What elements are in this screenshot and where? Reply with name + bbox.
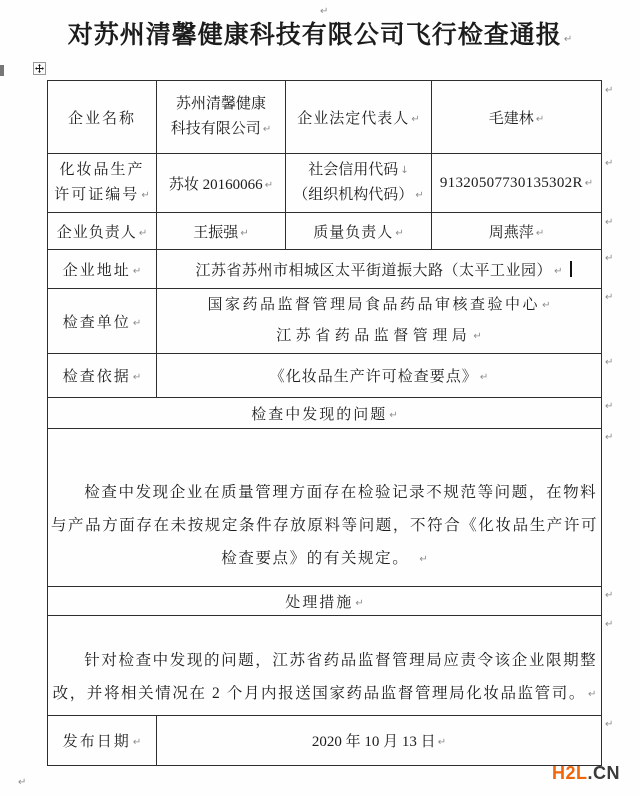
paragraph-mark: ↵: [395, 228, 403, 239]
paragraph-mark: ↵: [133, 372, 141, 383]
paragraph-mark: ↵: [355, 598, 363, 609]
paragraph-mark: ↵: [605, 158, 613, 169]
paragraph-mark: ↵: [18, 777, 26, 788]
quality-principal-label[interactable]: 质量负责人↵: [286, 213, 432, 250]
header-text: 检查中发现的问题: [251, 407, 387, 423]
value-text: 周燕萍: [489, 225, 534, 241]
credit-code-value[interactable]: 91320507730135302R↵: [432, 154, 602, 213]
inspection-basis-label[interactable]: 检查依据↵: [48, 354, 157, 398]
paragraph-mark: ↵: [605, 619, 613, 630]
paragraph-mark: ↵: [605, 85, 613, 96]
paragraph-text: 检查要点》的有关规定。: [221, 550, 409, 567]
table-row: 企业地址↵ 江苏省苏州市相城区太平街道振大路（太平工业园）↵: [48, 250, 602, 289]
problems-found-paragraph[interactable]: 检查中发现企业在质量管理方面存在检验记录不规范等问题，在物料 与产品方面存在未按…: [48, 429, 602, 587]
move-arrows-icon: [35, 64, 44, 73]
paragraph-mark: ↵: [133, 318, 141, 329]
paragraph-text: 改，并将相关情况在 2 个月内报送国家药品监督管理局化妆品监管司。: [53, 685, 586, 702]
paragraph-mark: ↵: [605, 401, 613, 412]
paragraph-mark: ↵: [480, 372, 488, 383]
document-title-text: 对苏州清馨健康科技有限公司飞行检查通报: [68, 22, 562, 49]
paragraph-text: 针对检查中发现的问题，江苏省药品监督管理局应责令该企业限期整: [84, 652, 597, 669]
paragraph-mark: ↵: [536, 228, 544, 239]
paragraph-mark: ↵: [389, 410, 397, 421]
label-text: 社会信用代码: [308, 162, 398, 178]
paragraph-mark: ↵: [438, 737, 446, 748]
paragraph-mark: ↵: [133, 737, 141, 748]
paragraph-mark: ↵: [605, 719, 613, 730]
value-text: 国家药品监督管理局食品药品审核查验中心: [208, 297, 541, 313]
inspection-notice-table: 企业名称 苏州清馨健康 科技有限公司↵ 企业法定代表人↵ 毛建林↵ 化妆品生产 …: [47, 80, 602, 766]
value-text: 苏州清馨健康: [176, 96, 266, 112]
paragraph-mark: ↵: [605, 292, 613, 303]
company-principal-value[interactable]: 王振强↵: [157, 213, 286, 250]
label-text: 检查依据: [63, 369, 131, 385]
paragraph-mark: ↵: [240, 228, 248, 239]
inspection-unit-label[interactable]: 检查单位↵: [48, 289, 157, 354]
table-move-handle[interactable]: [33, 62, 46, 75]
company-address-label[interactable]: 企业地址↵: [48, 250, 157, 289]
table-row: 针对检查中发现的问题，江苏省药品监督管理局应责令该企业限期整 改，并将相关情况在…: [48, 616, 602, 716]
value-text: 91320507730135302R: [440, 175, 583, 191]
label-text: 检查单位: [63, 315, 131, 331]
table-row: 化妆品生产 许可证编号↵ 苏妆 20160066↵ 社会信用代码↓ （组织机构代…: [48, 154, 602, 213]
label-text: 企业名称: [68, 111, 136, 127]
table-row: 企业名称 苏州清馨健康 科技有限公司↵ 企业法定代表人↵ 毛建林↵: [48, 81, 602, 154]
value-text: 王振强: [193, 225, 238, 241]
table-row: 检查中发现的问题↵: [48, 398, 602, 429]
watermark-suffix: .CN: [588, 763, 621, 783]
paragraph-mark: ↵: [133, 266, 141, 277]
publish-date-value[interactable]: 2020 年 10 月 13 日↵: [157, 716, 602, 766]
paragraph-mark: ↵: [415, 190, 423, 201]
company-name-label[interactable]: 企业名称: [48, 81, 157, 154]
paragraph-mark: ↵: [263, 124, 271, 135]
label-text: （组织机构代码）: [293, 187, 413, 203]
table-row: 检查中发现企业在质量管理方面存在检验记录不规范等问题，在物料 与产品方面存在未按…: [48, 429, 602, 587]
table-row: 发布日期↵ 2020 年 10 月 13 日↵: [48, 716, 602, 766]
inspection-unit-value[interactable]: 国家药品监督管理局食品药品审核查验中心↵ 江苏省药品监督管理局↵: [157, 289, 602, 354]
legal-representative-value[interactable]: 毛建林↵: [432, 81, 602, 154]
table-row: 检查依据↵ 《化妆品生产许可检查要点》↵: [48, 354, 602, 398]
paragraph-mark: ↵: [139, 228, 147, 239]
site-watermark: H2L.CN: [552, 763, 620, 784]
paragraph-mark: ↵: [605, 253, 613, 264]
watermark-brand: H2L: [552, 763, 588, 783]
paragraph-mark: ↵: [585, 178, 593, 189]
paragraph-mark: ↵: [605, 590, 613, 601]
value-text: 江苏省苏州市相城区太平街道振大路（太平工业园）: [196, 263, 553, 279]
label-text: 化妆品生产: [59, 162, 144, 178]
paragraph-mark: ↵: [473, 331, 481, 342]
paragraph-mark: ↵: [542, 300, 550, 311]
value-text: 苏妆 20160066: [169, 177, 263, 193]
handling-measures-header[interactable]: 处理措施↵: [48, 587, 602, 616]
paragraph-mark: ↵: [141, 190, 149, 201]
label-text: 企业地址: [63, 263, 131, 279]
paragraph-mark: ↵: [411, 114, 419, 125]
label-text: 企业法定代表人: [297, 111, 409, 127]
legal-representative-label[interactable]: 企业法定代表人↵: [286, 81, 432, 154]
paragraph-text: 与产品方面存在未按规定条件存放原料等问题，不符合《化妆品生产许可: [51, 517, 598, 534]
company-principal-label[interactable]: 企业负责人↵: [48, 213, 157, 250]
company-address-value[interactable]: 江苏省苏州市相城区太平街道振大路（太平工业园）↵: [157, 250, 602, 289]
text-cursor: [570, 261, 572, 277]
table-row: 企业负责人↵ 王振强↵ 质量负责人↵ 周燕萍↵: [48, 213, 602, 250]
value-text: 科技有限公司: [171, 121, 261, 137]
problems-found-header[interactable]: 检查中发现的问题↵: [48, 398, 602, 429]
label-text: 质量负责人: [313, 225, 393, 241]
paragraph-mark: ↵: [605, 217, 613, 228]
paragraph-mark: ↵: [588, 689, 596, 700]
document-title[interactable]: 对苏州清馨健康科技有限公司飞行检查通报↵: [0, 15, 640, 51]
value-text: 江苏省药品监督管理局: [276, 328, 471, 344]
inspection-basis-value[interactable]: 《化妆品生产许可检查要点》↵: [157, 354, 602, 398]
quality-principal-value[interactable]: 周燕萍↵: [432, 213, 602, 250]
table-row: 检查单位↵ 国家药品监督管理局食品药品审核查验中心↵ 江苏省药品监督管理局↵: [48, 289, 602, 354]
paragraph-mark: ↵: [419, 554, 427, 565]
paragraph-mark: ↵: [536, 114, 544, 125]
paragraph-mark: ↵: [605, 357, 613, 368]
value-text: 《化妆品生产许可检查要点》: [270, 369, 478, 385]
paragraph-mark: ↵: [265, 180, 273, 191]
production-license-label[interactable]: 化妆品生产 许可证编号↵: [48, 154, 157, 213]
table-row: 处理措施↵: [48, 587, 602, 616]
document-page: ↵ 对苏州清馨健康科技有限公司飞行检查通报↵ 企业名称 苏州清馨健康 科技有限公…: [0, 0, 640, 797]
value-text: 毛建林: [489, 111, 534, 127]
label-text: 许可证编号: [54, 187, 139, 203]
cropped-edge-artifact: [0, 65, 4, 76]
value-text: 2020 年 10 月 13 日: [312, 734, 436, 750]
production-license-value[interactable]: 苏妆 20160066↵: [157, 154, 286, 213]
paragraph-mark: ↵: [554, 266, 562, 277]
header-text: 处理措施: [285, 595, 353, 611]
credit-code-label[interactable]: 社会信用代码↓ （组织机构代码）↵: [286, 154, 432, 213]
label-text: 发布日期: [63, 734, 131, 750]
label-text: 企业负责人: [57, 225, 137, 241]
paragraph-mark: ↵: [605, 432, 613, 443]
company-name-value[interactable]: 苏州清馨健康 科技有限公司↵: [157, 81, 286, 154]
handling-measures-paragraph[interactable]: 针对检查中发现的问题，江苏省药品监督管理局应责令该企业限期整 改，并将相关情况在…: [48, 616, 602, 716]
paragraph-mark: ↵: [564, 34, 572, 45]
soft-linebreak-mark: ↓: [400, 165, 408, 176]
paragraph-text: 检查中发现企业在质量管理方面存在检验记录不规范等问题，在物料: [84, 484, 597, 501]
publish-date-label[interactable]: 发布日期↵: [48, 716, 157, 766]
